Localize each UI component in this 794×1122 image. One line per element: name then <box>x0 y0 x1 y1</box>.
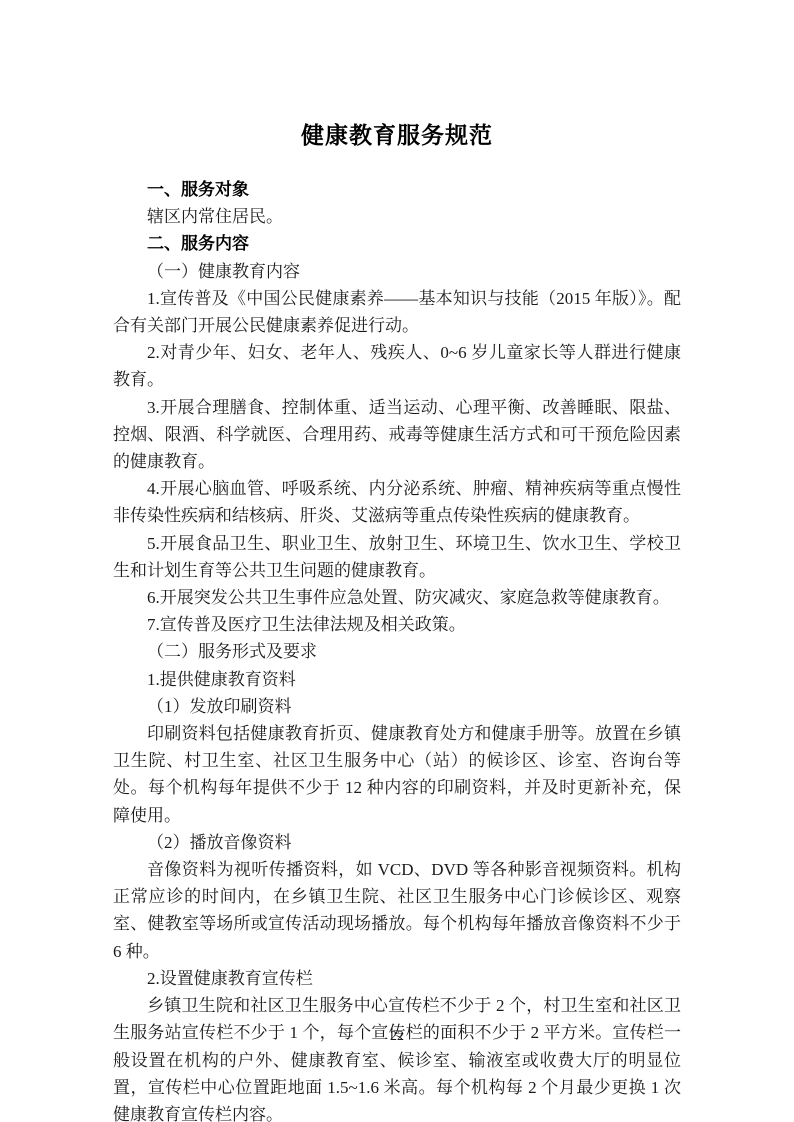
paragraph-body: 7.宣传普及医疗卫生法律法规及相关政策。 <box>113 611 681 638</box>
paragraph-body: 2.设置健康教育宣传栏 <box>113 965 681 992</box>
paragraph-body: 5.开展食品卫生、职业卫生、放射卫生、环境卫生、饮水卫生、学校卫生和计划生育等公… <box>113 530 681 584</box>
paragraph-body: 6.开展突发公共卫生事件应急处置、防灾减灾、家庭急救等健康教育。 <box>113 584 681 611</box>
paragraph-body: （1）发放印刷资料 <box>113 693 681 720</box>
paragraph-body: 3.开展合理膳食、控制体重、适当运动、心理平衡、改善睡眠、限盐、控烟、限酒、科学… <box>113 394 681 476</box>
document-page: 健康教育服务规范 一、服务对象辖区内常住居民。二、服务内容（一）健康教育内容1.… <box>0 0 794 1122</box>
document-body: 一、服务对象辖区内常住居民。二、服务内容（一）健康教育内容1.宣传普及《中国公民… <box>113 176 681 1122</box>
paragraph-body: （一）健康教育内容 <box>113 258 681 285</box>
paragraph-body: 1.提供健康教育资料 <box>113 666 681 693</box>
paragraph-body: （2）播放音像资料 <box>113 829 681 856</box>
paragraph-heading: 二、服务内容 <box>113 230 681 257</box>
document-title: 健康教育服务规范 <box>113 120 681 150</box>
paragraph-body: 1.宣传普及《中国公民健康素养——基本知识与技能（2015 年版）》。配合有关部… <box>113 285 681 339</box>
paragraph-body: 4.开展心脑血管、呼吸系统、内分泌系统、肿瘤、精神疾病等重点慢性非传染性疾病和结… <box>113 475 681 529</box>
paragraph-body: 辖区内常住居民。 <box>113 203 681 230</box>
page-number: 22 <box>0 1028 794 1046</box>
paragraph-heading: 一、服务对象 <box>113 176 681 203</box>
document-content: 健康教育服务规范 一、服务对象辖区内常住居民。二、服务内容（一）健康教育内容1.… <box>113 0 681 1122</box>
paragraph-body: （二）服务形式及要求 <box>113 638 681 665</box>
paragraph-body: 印刷资料包括健康教育折页、健康教育处方和健康手册等。放置在乡镇卫生院、村卫生室、… <box>113 720 681 829</box>
paragraph-body: 乡镇卫生院和社区卫生服务中心宣传栏不少于 2 个，村卫生室和社区卫生服务站宣传栏… <box>113 992 681 1122</box>
paragraph-body: 2.对青少年、妇女、老年人、残疾人、0~6 岁儿童家长等人群进行健康教育。 <box>113 339 681 393</box>
paragraph-body: 音像资料为视听传播资料，如 VCD、DVD 等各种影音视频资料。机构正常应诊的时… <box>113 856 681 965</box>
